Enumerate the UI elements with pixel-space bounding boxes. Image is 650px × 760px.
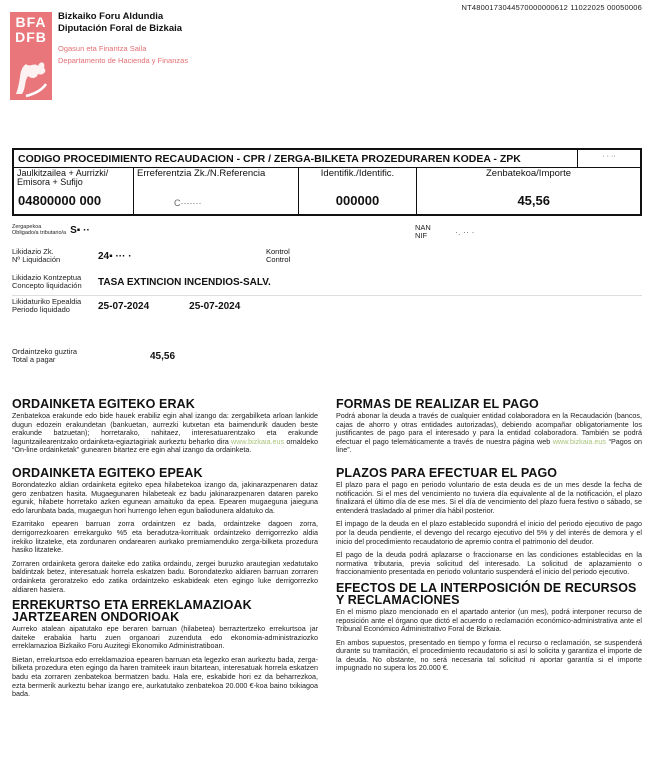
control-label: Kontrol Control xyxy=(266,248,290,264)
department-eu: Ogasun eta Finantza Saila xyxy=(58,45,188,53)
section-payment-methods-eu: ORDAINKETA EGITEKO ERAK Zenbatekoa eraku… xyxy=(12,398,318,455)
liquidation-number-value: 24▪ ··· · xyxy=(98,251,218,262)
emisora-label: Jaulkitzailea + Aurrizki/ Emisora + Sufi… xyxy=(17,169,130,187)
taxpayer-name: S▪ ·· xyxy=(70,225,90,236)
payment-information: ORDAINKETA EGITEKO ERAK Zenbatekoa eraku… xyxy=(12,398,642,704)
liquidation-number-label: Likidazio Zk. Nº Liquidación xyxy=(12,248,98,264)
logo-abbreviation: BFA DFB xyxy=(10,12,52,45)
oak-leaf-logo-icon: BFA DFB xyxy=(10,12,52,100)
section-text: El plazo para el pago en periodo volunta… xyxy=(336,481,642,515)
org-name-eu: Bizkaiko Foru Aldundia xyxy=(58,12,188,21)
section-appeals-eu: ERREKURTSO ETA ERREKLAMAZIOAK JARTZEAREN… xyxy=(12,599,318,699)
importe-cell: Zenbatekoa/Importe 45,56 xyxy=(417,168,640,214)
department-es: Departamento de Hacienda y Finanzas xyxy=(58,57,188,65)
section-text: Zorraren ordainketa gerora daiteke edo z… xyxy=(12,560,318,594)
section-text: El pago de la deuda podrá aplazarse o fr… xyxy=(336,551,642,577)
section-title: FORMAS DE REALIZAR EL PAGO xyxy=(336,398,642,410)
section-payment-deadlines-eu: ORDAINKETA EGITEKO EPEAK Borondatezko al… xyxy=(12,467,318,594)
section-text: Aurreko atalean aipatutako epe beraren b… xyxy=(12,625,318,651)
cpr-title: CODIGO PROCEDIMIENTO RECAUDACION - CPR /… xyxy=(14,150,578,167)
importe-label: Zenbatekoa/Importe xyxy=(420,169,637,178)
payment-code-box: CODIGO PROCEDIMIENTO RECAUDACION - CPR /… xyxy=(12,148,642,216)
info-column-basque: ORDAINKETA EGITEKO ERAK Zenbatekoa eraku… xyxy=(12,398,318,704)
nif-row: NAN NIF ·. ·· · xyxy=(415,224,475,240)
section-payment-deadlines-es: PLAZOS PARA EFECTUAR EL PAGO El plazo pa… xyxy=(336,467,642,577)
liquidation-number-row: Likidazio Zk. Nº Liquidación 24▪ ··· · K… xyxy=(12,248,290,264)
period-to: 25-07-2024 xyxy=(189,301,240,312)
section-title: ORDAINKETA EGITEKO ERAK xyxy=(12,398,318,410)
cpr-code-value: · · ·· xyxy=(578,150,640,167)
nif-value: ·. ·· · xyxy=(455,227,475,237)
period-from: 25-07-2024 xyxy=(98,301,149,312)
period-row: Likidaturiko Epealdia Periodo liquidado … xyxy=(12,298,240,314)
org-name-es: Diputación Foral de Bizkaia xyxy=(58,24,188,33)
taxpayer-row: Zergapekoa Obligado/a tributario/a S▪ ·· xyxy=(12,224,90,236)
taxpayer-label: Zergapekoa Obligado/a tributario/a xyxy=(12,224,66,236)
oak-leaf-icon xyxy=(12,48,50,98)
section-text: Podrá abonar la deuda a través de cualqu… xyxy=(336,412,642,455)
section-title: EFECTOS DE LA INTERPOSICIÓN DE RECURSOS … xyxy=(336,582,642,606)
section-title: ORDAINKETA EGITEKO EPEAK xyxy=(12,467,318,479)
referencia-cell: Erreferentzia Zk./N.Referencia C······· xyxy=(134,168,299,214)
logo-text: Bizkaiko Foru Aldundia Diputación Foral … xyxy=(58,12,188,100)
concept-value: TASA EXTINCION INCENDIOS-SALV. xyxy=(98,277,271,288)
total-value: 45,56 xyxy=(150,351,175,362)
section-title: ERREKURTSO ETA ERREKLAMAZIOAK JARTZEAREN… xyxy=(12,599,318,623)
section-title: PLAZOS PARA EFECTUAR EL PAGO xyxy=(336,467,642,479)
total-row: Ordaintzeko guztira Total a pagar 45,56 xyxy=(12,348,175,364)
identificacion-label: Identifik./Identific. xyxy=(302,169,413,178)
section-text: Bietan, errekurtsoa edo erreklamazioa ep… xyxy=(12,656,318,699)
section-text: Ezarritako epearen barruan zorra ordaint… xyxy=(12,520,318,554)
document-reference-number: NT4800173044570000000612 11022025 000500… xyxy=(461,3,642,12)
period-label: Likidaturiko Epealdia Periodo liquidado xyxy=(12,298,98,314)
concept-row: Likidazio Kontzeptua Concepto liquidació… xyxy=(12,274,271,290)
section-text: Borondatezko aldian ordainketa egiteko e… xyxy=(12,481,318,515)
section-text: En ambos supuestos, presentado en tiempo… xyxy=(336,639,642,673)
section-text: En el mismo plazo mencionado en el apart… xyxy=(336,608,642,634)
section-appeals-es: EFECTOS DE LA INTERPOSICIÓN DE RECURSOS … xyxy=(336,582,642,673)
concept-label: Likidazio Kontzeptua Concepto liquidació… xyxy=(12,274,98,290)
section-text: Zenbatekoa erakunde edo bide hauek erabi… xyxy=(12,412,318,455)
divider xyxy=(12,295,642,296)
cpr-columns: Jaulkitzailea + Aurrizki/ Emisora + Sufi… xyxy=(14,168,640,214)
identificacion-value: 000000 xyxy=(299,193,416,208)
total-label: Ordaintzeko guztira Total a pagar xyxy=(12,348,150,364)
emisora-cell: Jaulkitzailea + Aurrizki/ Emisora + Sufi… xyxy=(14,168,134,214)
referencia-value: C······· xyxy=(174,198,201,208)
bizkaia-logo: BFA DFB Bizkaiko Foru Aldundia Diputació… xyxy=(10,12,188,100)
importe-value: 45,56 xyxy=(517,193,550,208)
referencia-label: Erreferentzia Zk./N.Referencia xyxy=(137,169,295,178)
info-column-spanish: FORMAS DE REALIZAR EL PAGO Podrá abonar … xyxy=(336,398,642,704)
emisora-value: 04800000 000 xyxy=(18,193,101,208)
nif-label: NAN NIF xyxy=(415,224,455,240)
bizkaia-website-link[interactable]: www.bizkaia.eus xyxy=(553,437,606,446)
identificacion-cell: Identifik./Identific. 000000 xyxy=(299,168,417,214)
section-text: El impago de la deuda en el plazo establ… xyxy=(336,520,642,546)
section-payment-methods-es: FORMAS DE REALIZAR EL PAGO Podrá abonar … xyxy=(336,398,642,455)
cpr-title-row: CODIGO PROCEDIMIENTO RECAUDACION - CPR /… xyxy=(14,150,640,168)
